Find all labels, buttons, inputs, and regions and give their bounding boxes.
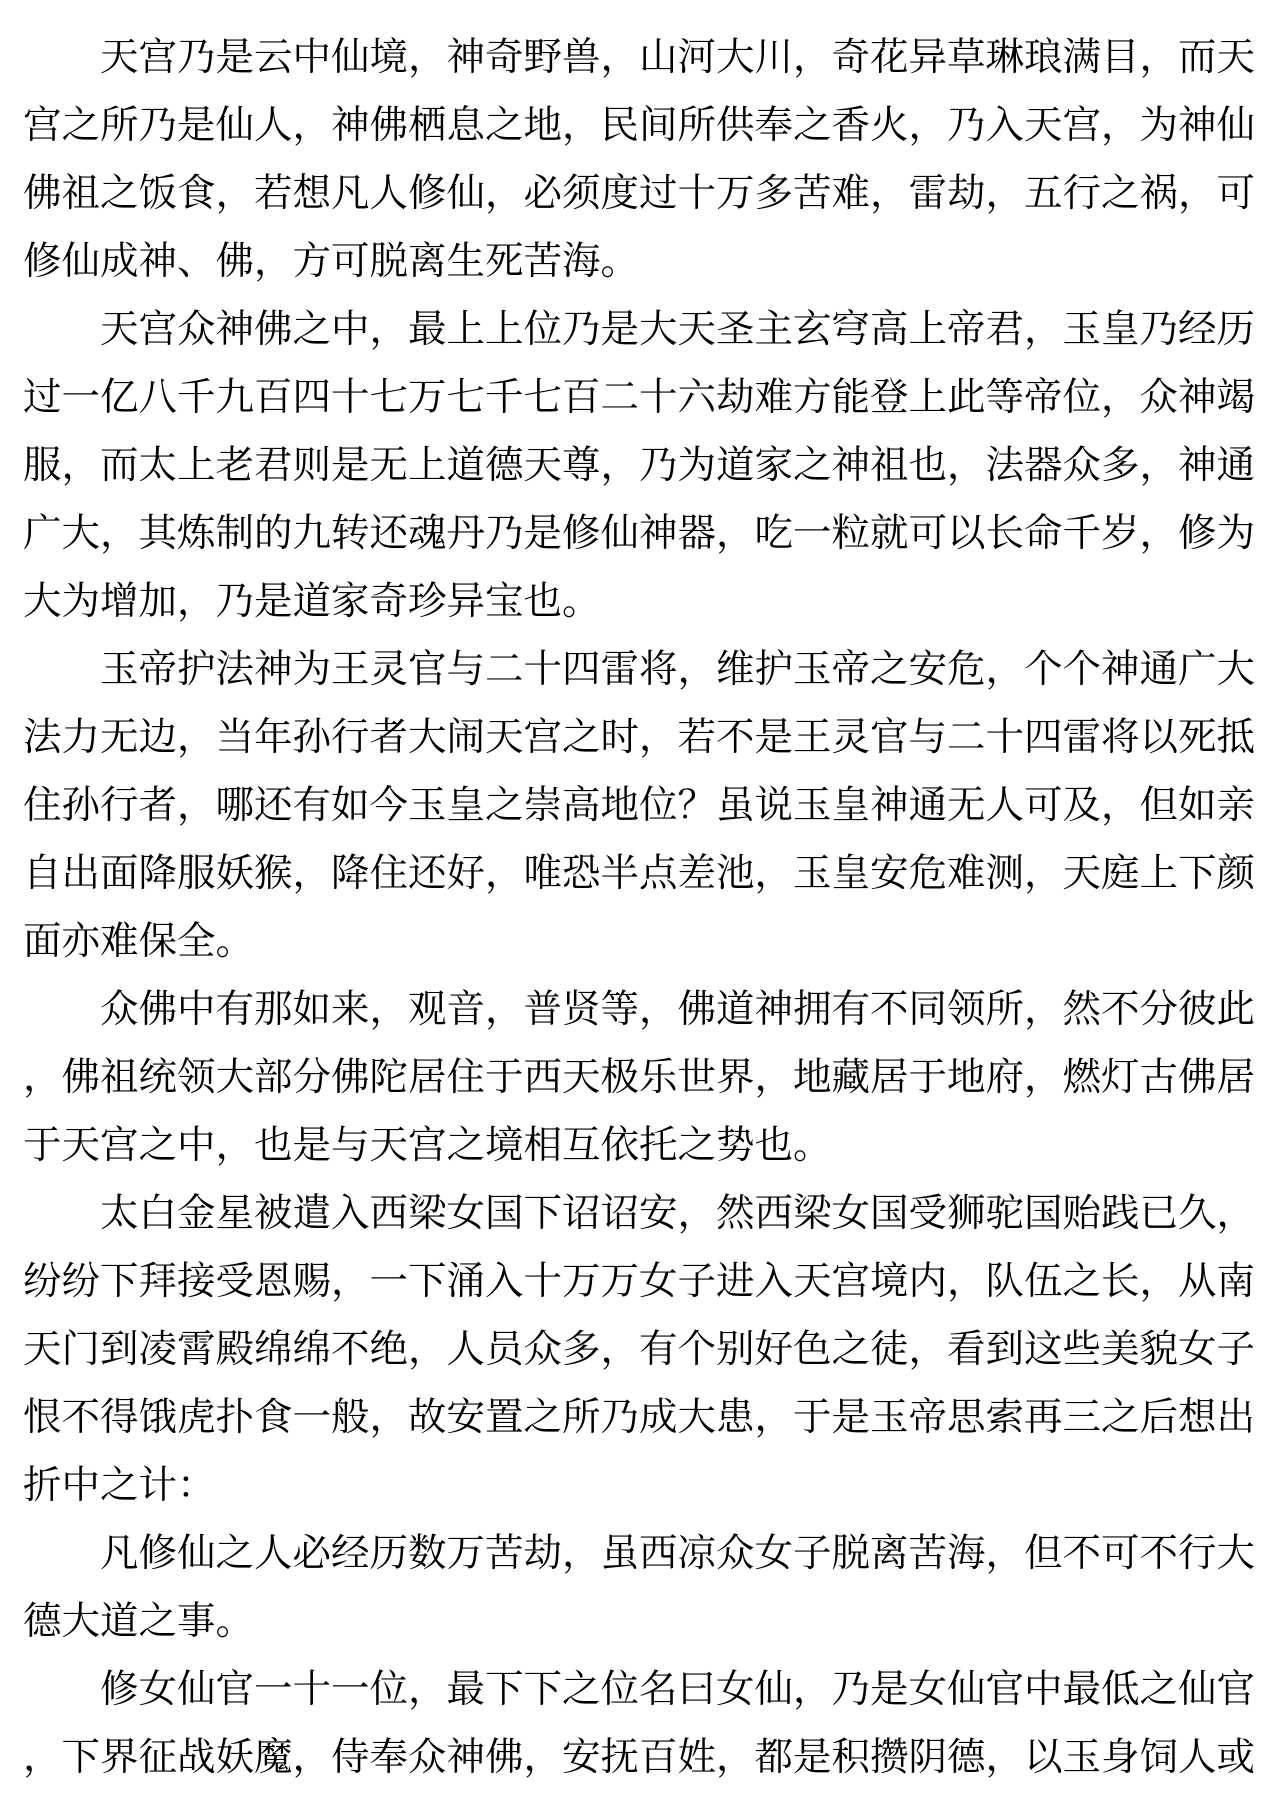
- text-line: ，佛祖统领大部分佛陀居住于西天极乐世界，地藏居于地府，燃灯古佛居: [23, 1044, 1255, 1112]
- text-line: 德大道之事。: [23, 1588, 1255, 1656]
- document-page: 天宫乃是云中仙境，神奇野兽，山河大川，奇花异草琳琅满目，而天 宫之所乃是仙人，神…: [0, 0, 1280, 1811]
- text-line: ，下界征战妖魔，侍奉众神佛，安抚百姓，都是积攒阴德，以玉身饲人或: [23, 1724, 1255, 1792]
- text-line: 纷纷下拜接受恩赐，一下涌入十万万女子进入天宫境内，队伍之长，从南: [23, 1248, 1255, 1316]
- text-line: 众佛中有那如来，观音，普贤等，佛道神拥有不同领所，然不分彼此: [23, 976, 1255, 1044]
- text-line: 大为增加，乃是道家奇珍异宝也。: [23, 568, 1255, 636]
- text-line: 自出面降服妖猴，降住还好，唯恐半点差池，玉皇安危难测，天庭上下颜: [23, 840, 1255, 908]
- text-line: 于天宫之中，也是与天宫之境相互依托之势也。: [23, 1112, 1255, 1180]
- text-line: 玉帝护法神为王灵官与二十四雷将，维护玉帝之安危，个个神通广大: [23, 636, 1255, 704]
- text-line: 修仙成神、佛，方可脱离生死苦海。: [23, 228, 1255, 296]
- text-line: 过一亿八千九百四十七万七千七百二十六劫难方能登上此等帝位，众神竭: [23, 364, 1255, 432]
- text-line: 恨不得饿虎扑食一般，故安置之所乃成大患，于是玉帝思索再三之后想出: [23, 1384, 1255, 1452]
- text-line: 法力无边，当年孙行者大闹天宫之时，若不是王灵官与二十四雷将以死抵: [23, 704, 1255, 772]
- text-line: 面亦难保全。: [23, 908, 1255, 976]
- text-line: 宫之所乃是仙人，神佛栖息之地，民间所供奉之香火，乃入天宫，为神仙: [23, 92, 1255, 160]
- text-line: 修女仙官一十一位，最下下之位名曰女仙，乃是女仙官中最低之仙官: [23, 1656, 1255, 1724]
- text-line: 广大，其炼制的九转还魂丹乃是修仙神器，吃一粒就可以长命千岁，修为: [23, 500, 1255, 568]
- text-line: 天门到凌霄殿绵绵不绝，人员众多，有个别好色之徒，看到这些美貌女子: [23, 1316, 1255, 1384]
- text-line: 折中之计：: [23, 1452, 1255, 1520]
- text-line: 服，而太上老君则是无上道德天尊，乃为道家之神祖也，法器众多，神通: [23, 432, 1255, 500]
- text-line: 天宫众神佛之中，最上上位乃是大天圣主玄穹高上帝君，玉皇乃经历: [23, 296, 1255, 364]
- text-block: 天宫乃是云中仙境，神奇野兽，山河大川，奇花异草琳琅满目，而天 宫之所乃是仙人，神…: [23, 24, 1255, 1792]
- text-line: 凡修仙之人必经历数万苦劫，虽西凉众女子脱离苦海，但不可不行大: [23, 1520, 1255, 1588]
- text-line: 住孙行者，哪还有如今玉皇之崇高地位？虽说玉皇神通无人可及，但如亲: [23, 772, 1255, 840]
- text-line: 天宫乃是云中仙境，神奇野兽，山河大川，奇花异草琳琅满目，而天: [23, 24, 1255, 92]
- text-line: 太白金星被遣入西梁女国下诏诏安，然西梁女国受狮驼国贻践已久，: [23, 1180, 1255, 1248]
- text-line: 佛祖之饭食，若想凡人修仙，必须度过十万多苦难，雷劫，五行之祸，可: [23, 160, 1255, 228]
